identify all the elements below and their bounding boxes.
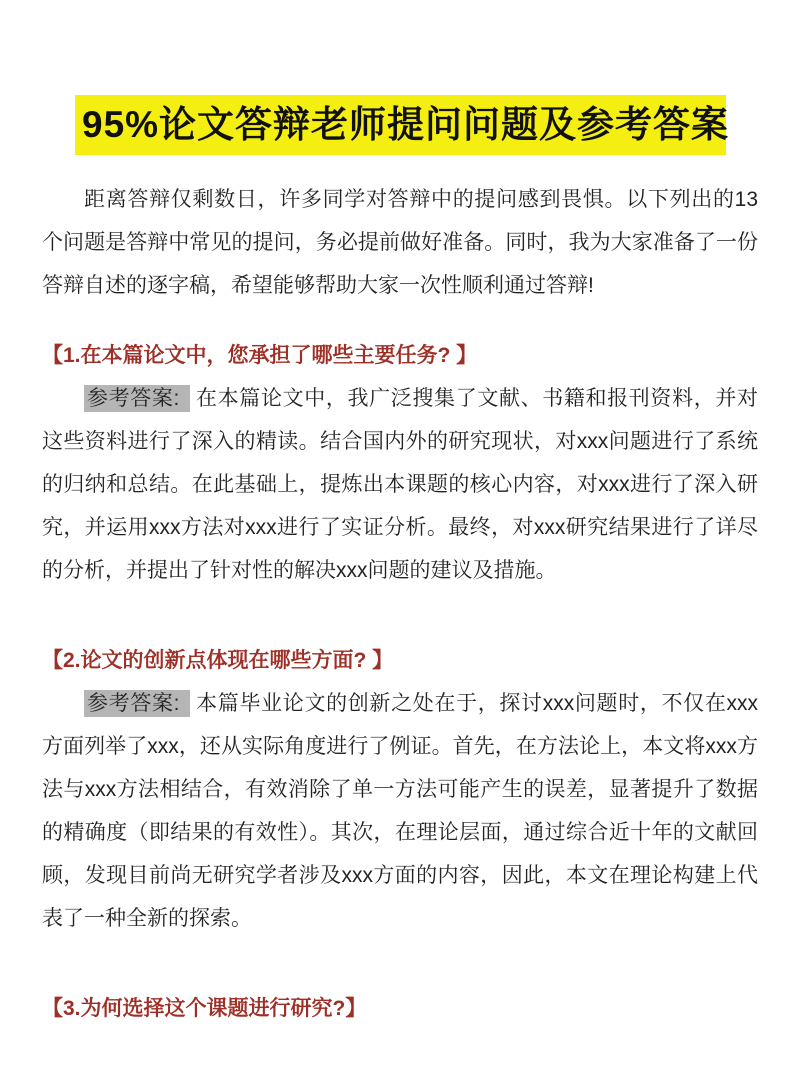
answer-label: 参考答案: bbox=[84, 385, 190, 412]
answer-label: 参考答案: bbox=[84, 690, 190, 717]
answer-1-text: 在本篇论文中，我广泛搜集了文献、书籍和报刊资料，并对这些资料进行了深入的精读。结… bbox=[42, 387, 758, 582]
page-title: 95%论文答辩老师提问问题及参考答案 bbox=[75, 95, 726, 155]
answer-2-text: 本篇毕业论文的创新之处在于，探讨xxx问题时，不仅在xxx方面列举了xxx，还从… bbox=[42, 692, 758, 930]
answer-1-paragraph: 参考答案:在本篇论文中，我广泛搜集了文献、书籍和报刊资料，并对这些资料进行了深入… bbox=[42, 377, 758, 592]
note-content: 95%论文答辩老师提问问题及参考答案 距离答辩仅剩数日，许多同学对答辩中的提问感… bbox=[0, 95, 800, 1030]
section-question-2: 【2.论文的创新点体现在哪些方面? 】 参考答案:本篇毕业论文的创新之处在于，探… bbox=[42, 639, 758, 940]
note-page: 95%论文答辩老师提问问题及参考答案 距离答辩仅剩数日，许多同学对答辩中的提问感… bbox=[0, 0, 800, 1067]
section-question-3: 【3.为何选择这个课题进行研究?】 bbox=[42, 987, 758, 1030]
question-3-heading: 【3.为何选择这个课题进行研究?】 bbox=[42, 987, 758, 1030]
section-question-1: 【1.在本篇论文中，您承担了哪些主要任务? 】 参考答案:在本篇论文中，我广泛搜… bbox=[42, 334, 758, 592]
question-1-heading: 【1.在本篇论文中，您承担了哪些主要任务? 】 bbox=[42, 334, 758, 377]
question-2-heading: 【2.论文的创新点体现在哪些方面? 】 bbox=[42, 639, 758, 682]
answer-2-paragraph: 参考答案:本篇毕业论文的创新之处在于，探讨xxx问题时，不仅在xxx方面列举了x… bbox=[42, 682, 758, 940]
title-highlight: 95%论文答辩老师提问问题及参考答案 bbox=[75, 95, 726, 155]
intro-paragraph: 距离答辩仅剩数日，许多同学对答辩中的提问感到畏惧。以下列出的13个问题是答辩中常… bbox=[42, 178, 758, 307]
